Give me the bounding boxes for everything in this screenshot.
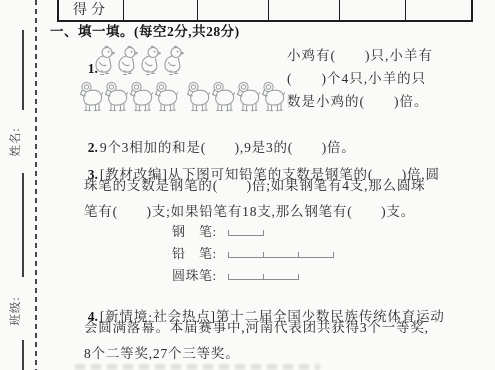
goat-icon: [261, 81, 285, 112]
goat-icon: [129, 81, 153, 112]
chick-icon: [163, 45, 184, 75]
segment-unit: [263, 274, 299, 280]
ballpoint-label: 圆珠笔:: [172, 268, 217, 283]
question-3-line-3: 笔有( )支;如果铅笔有18支,那么钢笔有( )支。: [84, 200, 415, 220]
goat-icon: [211, 81, 235, 112]
question-1-text: 小鸡有( )只,小羊有 ( )个4只,小羊的只 数是小鸡的( )倍。: [287, 44, 487, 114]
segment-unit: [298, 252, 334, 258]
segment-unit: [228, 274, 263, 280]
class-field-label: 班级:: [7, 296, 23, 326]
score-cell: [405, 0, 471, 20]
pen-label: 钢 笔:: [172, 224, 217, 239]
pen-segment-bar: [228, 230, 264, 236]
score-cell: [339, 0, 405, 20]
name-field-label: 姓名:: [7, 127, 23, 157]
pencil-label: 铅 笔:: [172, 246, 217, 261]
goat-icon-row: [79, 81, 285, 112]
goat-group-2: [186, 81, 285, 112]
chick-icon-row: [94, 45, 184, 75]
score-table: 得分: [57, 0, 473, 22]
question-3-line-2: 珠笔的支数是钢笔的( )倍;如果钢笔有4支,那么圆珠: [84, 174, 425, 194]
diagram-row-pencil: 铅 笔:: [172, 243, 217, 259]
segment-unit: [228, 230, 264, 236]
ballpoint-segment-bar: [228, 274, 299, 280]
goat-icon: [236, 81, 260, 112]
class-blank-line: [22, 173, 24, 277]
question-4-line-3: 8个二等奖,27个三等奖。: [84, 342, 240, 362]
name-blank-line: [22, 30, 24, 110]
section-heading: 一、填一填。(每空2分,共28分): [50, 20, 240, 40]
diagram-row-pen: 钢 笔:: [172, 221, 217, 237]
chick-icon: [140, 45, 161, 75]
score-cell: [197, 0, 268, 20]
bottom-blank-line: [22, 340, 24, 370]
score-label-cell: 得分: [59, 0, 123, 20]
score-cell: [123, 0, 197, 20]
goat-icon: [79, 81, 103, 112]
goat-icon: [154, 81, 178, 112]
segment-unit: [228, 252, 263, 258]
goat-icon: [186, 81, 210, 112]
binding-dashed-line: [35, 0, 37, 370]
goat-icon: [104, 81, 128, 112]
chick-icon: [117, 45, 138, 75]
cutoff-next-line-ghost: [75, 364, 320, 370]
pencil-segment-bar: [228, 252, 334, 258]
score-label: 得分: [73, 0, 109, 20]
diagram-row-ballpoint: 圆珠笔:: [172, 265, 217, 281]
question-4-line-2: 会圆满落幕。本届赛事中,河南代表团共获得3个一等奖,: [84, 316, 429, 336]
score-cell: [268, 0, 339, 20]
goat-group-1: [79, 81, 178, 112]
chick-icon: [94, 45, 115, 75]
segment-unit: [263, 252, 298, 258]
test-paper-page: 姓名: 班级: 得分 一、填一填。(每空2分,共28分) 1.: [0, 0, 495, 370]
